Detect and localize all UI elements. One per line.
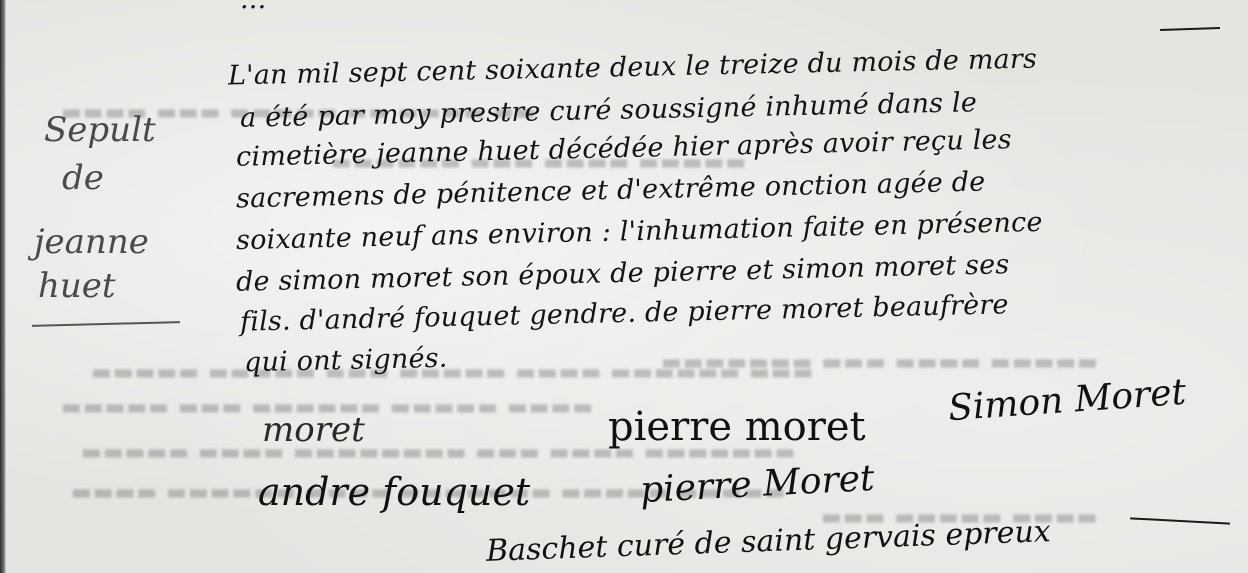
body-line: fils. d'andré fouquet gendre. de pierre … <box>240 289 1009 337</box>
body-line: qui ont signés. <box>244 343 448 379</box>
signature-flourish <box>1130 517 1230 524</box>
bleed-through-text: ▬▬▬▬▬ ▬▬▬▬ ▬▬▬ ▬▬▬▬▬▬▬ <box>660 350 1098 375</box>
margin-underline <box>32 321 180 327</box>
signature-officiant: Baschet curé de saint gervais epreux <box>486 514 1052 569</box>
top-line-fragment: ... <box>240 0 266 15</box>
signature-pierre-moret-2: pierre Moret <box>639 458 875 511</box>
margin-note-line: Sepult <box>44 110 156 150</box>
signature-andre-fouquet: andre fouquet <box>258 470 530 514</box>
signature-simon-moret: Simon Moret <box>947 372 1187 430</box>
signature-moret: moret <box>262 410 365 450</box>
margin-note-line: de <box>62 158 104 198</box>
body-line: L'an mil sept cent soixante deux le trei… <box>228 44 1038 92</box>
binding-edge <box>0 0 6 573</box>
signature-pierre-moret: pierre moret <box>608 404 866 450</box>
line-end-flourish <box>1160 27 1220 31</box>
body-line: de simon moret son époux de pierre et si… <box>236 249 1010 298</box>
register-page: ▬▬ ▬▬▬▬ ▬▬ ▬▬▬▬▬ ▬▬▬ ▬▬▬▬ ▬▬▬▬▬ ▬▬▬▬ ▬▬▬… <box>0 0 1248 573</box>
margin-note-line: jeanne <box>34 222 149 262</box>
margin-note-line: huet <box>38 266 116 306</box>
body-line: soixante neuf ans environ : l'inhumation… <box>236 207 1043 256</box>
